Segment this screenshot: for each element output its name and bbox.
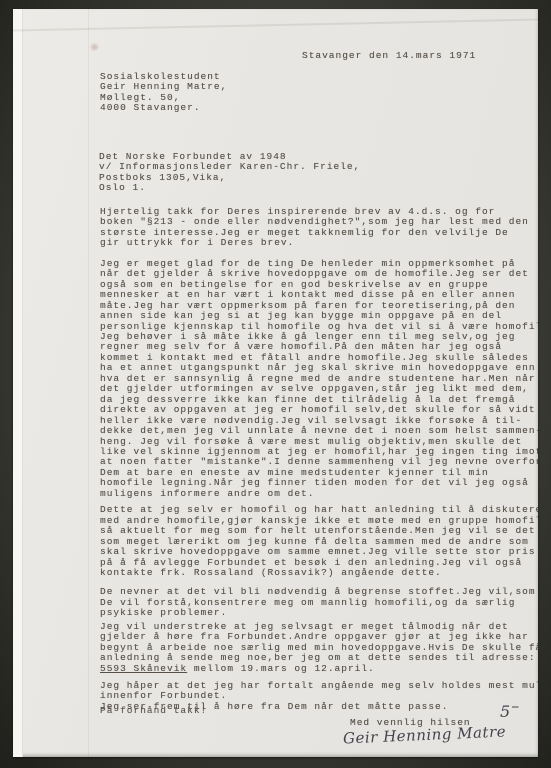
- page-annotation: 5–: [500, 702, 519, 721]
- sender-address: SosialskolestudentGeir Henning Matre,Møl…: [100, 72, 227, 114]
- text-line: 4000 Stavanger.: [100, 103, 227, 113]
- paragraph-thanks: Hjertelig takk for Deres inspirerende br…: [100, 207, 538, 249]
- letter-body: Hjertelig takk for Deres inspirerende br…: [100, 207, 538, 716]
- text-line: muligens informere andre om det.: [100, 489, 538, 499]
- letter-date: Stavanger den 14.mars 1971: [302, 51, 476, 61]
- paper-left-edge: [13, 9, 23, 757]
- paragraph-confidentiality: Jeg håper at det jeg har fortalt angåend…: [100, 681, 538, 702]
- annotation-dash: –: [511, 696, 519, 715]
- text-line: kontakte frk. Rossaland (Rossavik?) angå…: [100, 568, 538, 578]
- text-line: Oslo 1.: [99, 183, 360, 193]
- text-line: annen side kan jeg si at jeg kan bygge m…: [100, 311, 538, 321]
- text-line: psykiske problemer.: [100, 608, 538, 618]
- paragraph-group-meeting: Dette at jeg selv er homofil og har hatt…: [100, 505, 538, 578]
- paragraph-thesis-and-identity: Jeg er meget glad for de ting De henlede…: [100, 259, 538, 499]
- recipient-address: Det Norske Forbundet av 1948v/ Informasj…: [99, 152, 360, 194]
- mailing-address-line: 5593 Skånevik mellom 19.mars og 12.april…: [100, 664, 538, 674]
- paper-fold-line: [88, 9, 89, 757]
- text-line: skal skrive hovedoppgave om samme emnet.…: [100, 547, 538, 557]
- paragraph-patience-lines: Jeg vil understreke at jeg selvsagt er m…: [100, 622, 538, 664]
- paragraph-patience: Jeg vil understreke at jeg selvsagt er m…: [100, 622, 538, 674]
- ink-smudge: [91, 44, 98, 50]
- text-line: gir uttrykk for i Deres brev.: [100, 238, 538, 248]
- paper-sheet: Stavanger den 14.mars 1971 Sosialskolest…: [13, 9, 538, 757]
- address-date-range: mellom 19.mars og 12.april.: [187, 663, 375, 674]
- paper-top-edge-shadow: [13, 18, 538, 31]
- thanks-line: På forhånd takk!: [100, 706, 538, 716]
- text-line: dekke det,men jeg vil unnlate å nevne de…: [100, 426, 538, 436]
- underlined-address: 5593 Skånevik: [100, 663, 187, 674]
- annotation-number: 5: [500, 702, 510, 721]
- paragraph-scope: De nevner at det vil bli nødvendig å beg…: [100, 587, 538, 618]
